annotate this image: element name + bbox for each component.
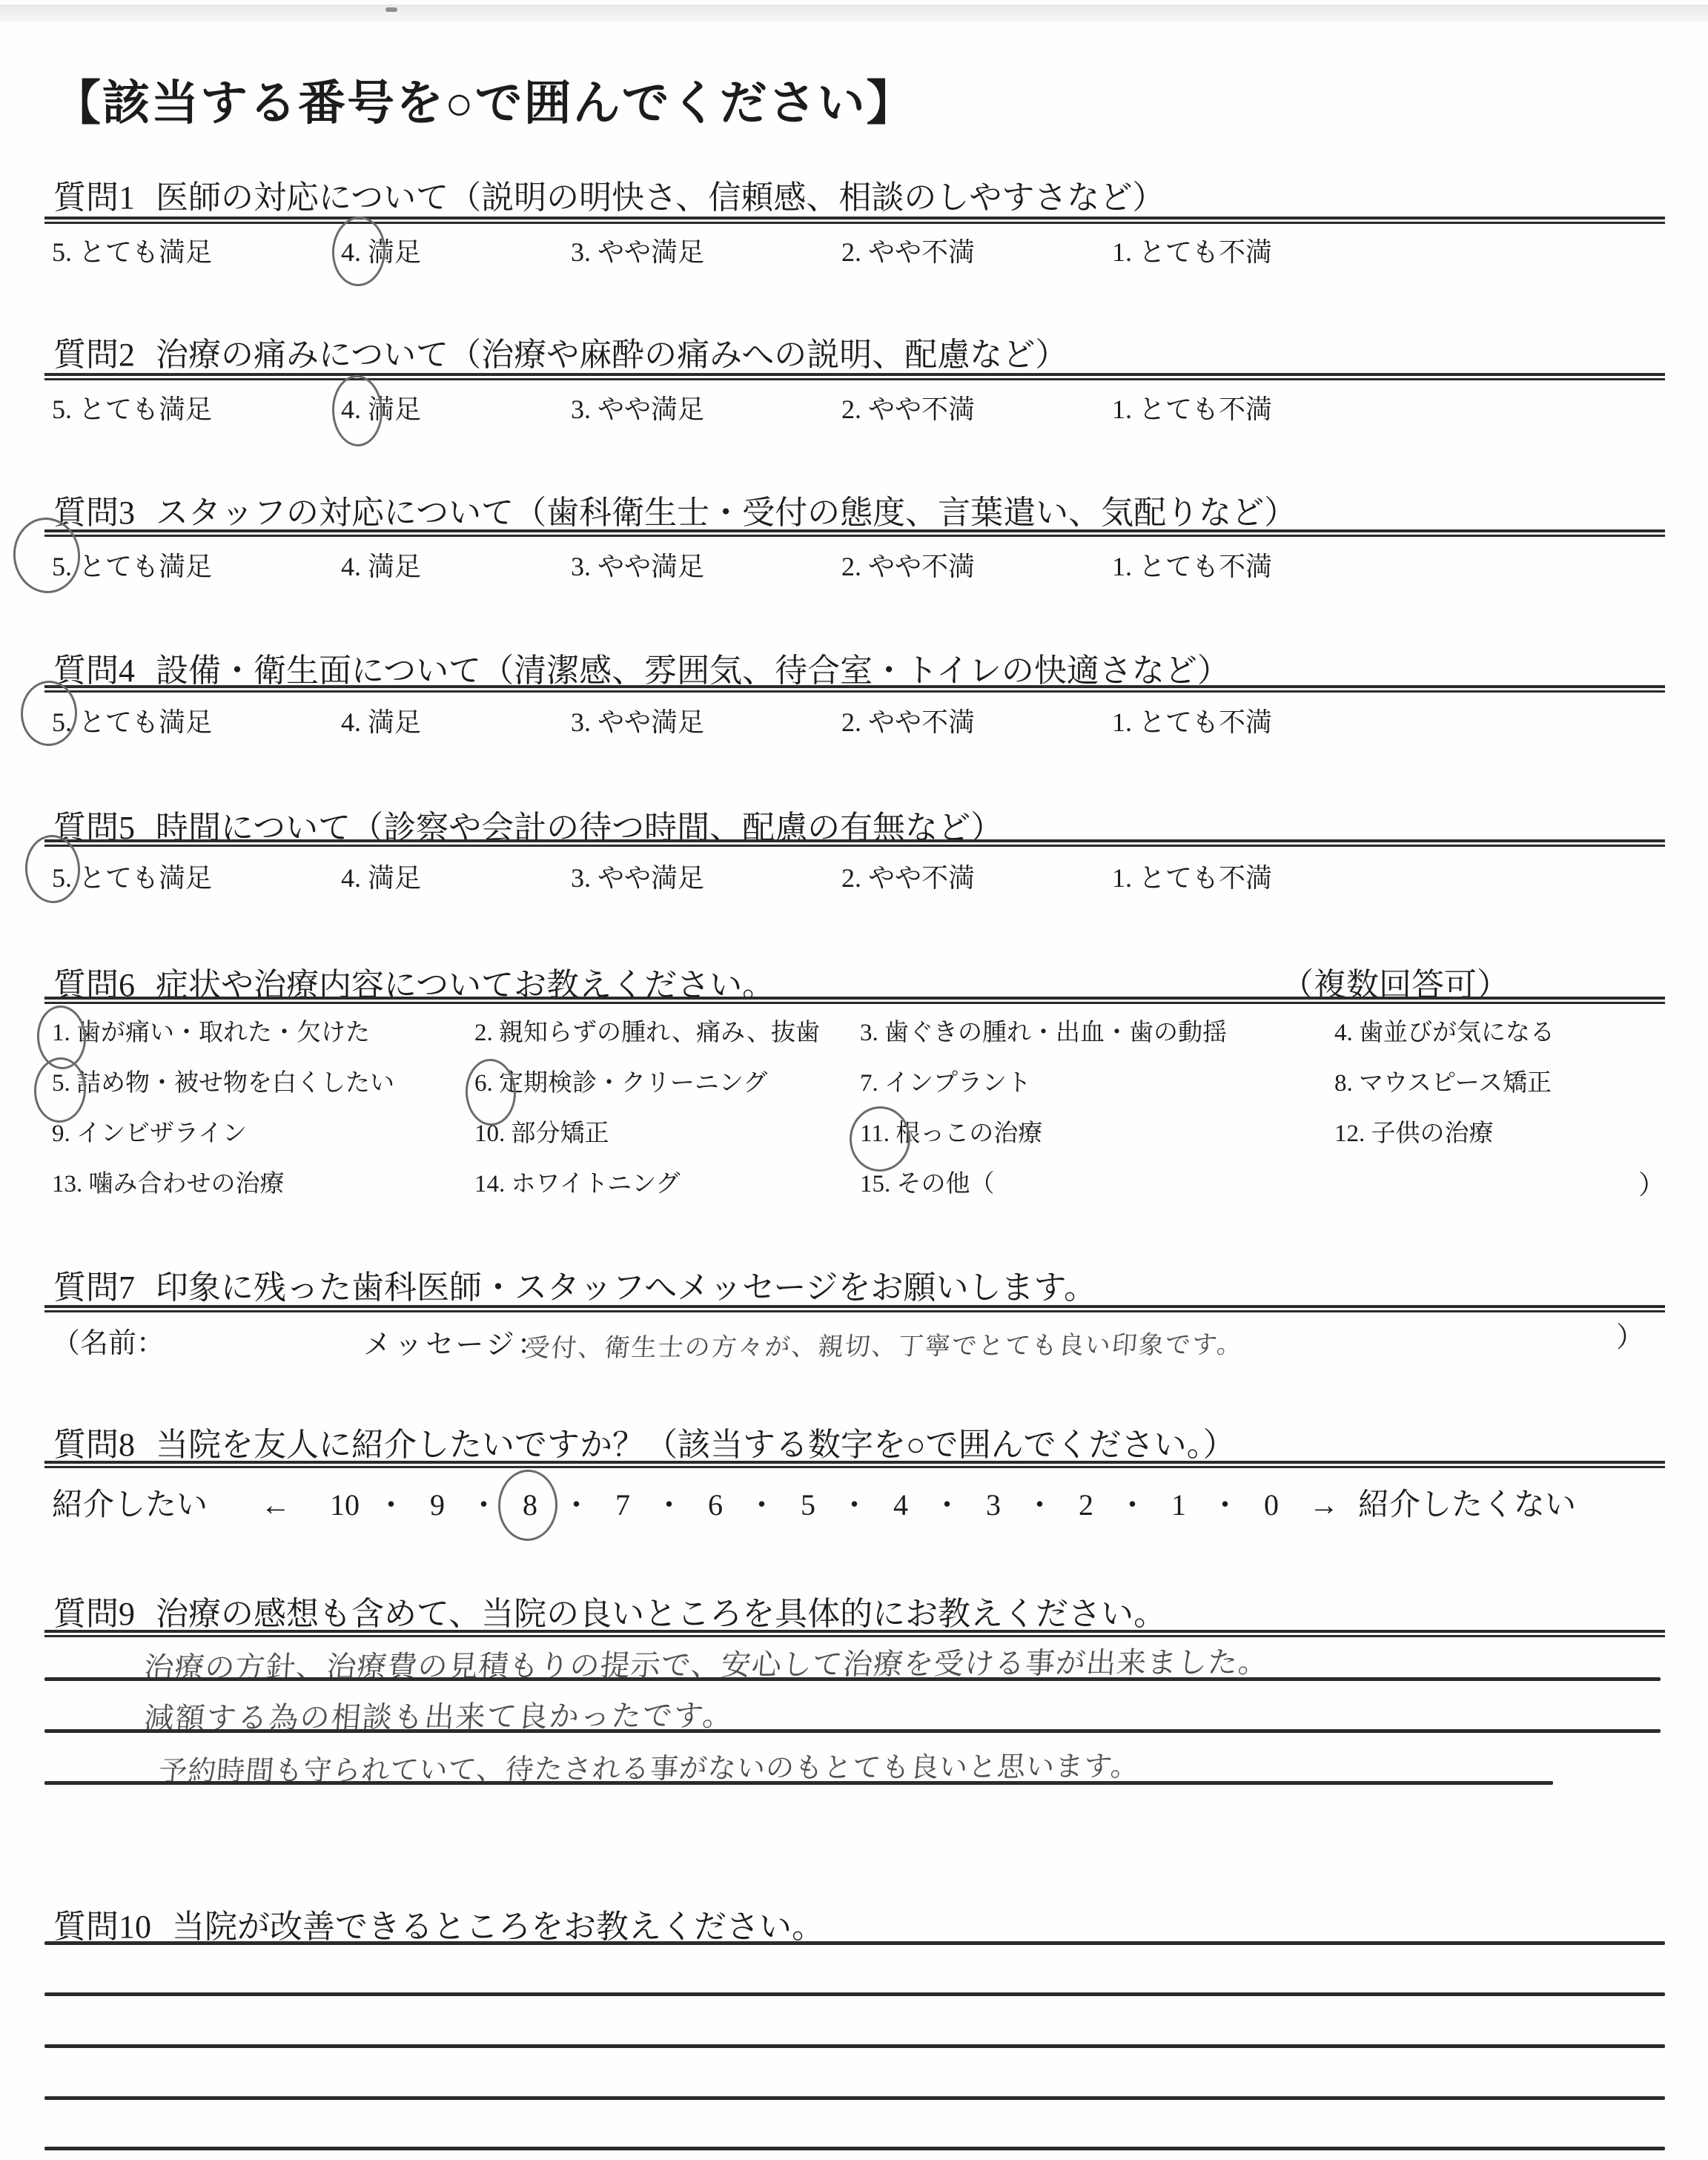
q10-rule-1: [44, 1941, 1665, 1945]
q6-item-7: 7. インプラント: [860, 1063, 1334, 1098]
q4-number: 質問4: [53, 644, 135, 691]
q10-rule-3: [44, 2044, 1665, 2048]
q3-option-3: 3. やや満足: [571, 546, 841, 584]
q7-name-label: （名前：: [52, 1320, 165, 1361]
q5-options-row: 5. とても満足 4. 満足 3. やや満足 2. やや不満 1. とても不満: [52, 857, 1272, 895]
q8-scale-3: 3: [967, 1487, 1019, 1522]
q2-options-row: 5. とても満足 4. 満足 3. やや満足 2. やや不満 1. とても不満: [52, 389, 1272, 426]
q6-item-15: 15. その他（: [860, 1164, 1334, 1202]
survey-page: 【該当する番号を○で囲んでください】 質問1 医師の対応について（説明の明快さ、…: [0, 0, 1708, 2160]
q4-option-3: 3. やや満足: [571, 701, 841, 739]
q6-item-2: 2. 親知らずの腫れ、痛み、抜歯: [474, 1013, 860, 1048]
q9-rule-2: [44, 1729, 1661, 1733]
q10-title: 当院が改善できるところをお教えください。: [172, 1900, 824, 1947]
q9-number: 質問9: [53, 1587, 135, 1634]
q1-option-1: 1. とても不満: [1112, 231, 1272, 269]
q8-scale-10: 10: [319, 1487, 371, 1522]
q8-scale-6: 6: [689, 1487, 741, 1522]
q8-scale-1: 1: [1153, 1487, 1205, 1522]
q1-option-5: 5. とても満足: [52, 231, 341, 269]
q6-item-3: 3. 歯ぐきの腫れ・出血・歯の動揺: [860, 1013, 1334, 1048]
q5-option-3: 3. やや満足: [571, 857, 841, 895]
q5-option-5: 5. とても満足: [52, 857, 341, 895]
q8-number: 質問8: [53, 1418, 135, 1465]
q8-scale-9: 9: [411, 1487, 463, 1522]
q7-title: 印象に残った歯科医師・スタッフへメッセージをお願いします。: [156, 1261, 1096, 1308]
q6-other-close-paren: ）: [1638, 1164, 1665, 1202]
q8-divider: [44, 1461, 1665, 1468]
form-title: 【該当する番号を○で囲んでください】: [53, 65, 916, 133]
q6-item-12: 12. 子供の治療: [1334, 1114, 1494, 1149]
q1-number: 質問1: [53, 171, 135, 218]
q4-title: 設備・衛生面について（清潔感、雰囲気、待合室・トイレの快適さなど）: [156, 644, 1230, 691]
q2-option-3: 3. やや満足: [571, 389, 841, 426]
q7-close-paren: ）: [1616, 1314, 1644, 1355]
q5-option-2: 2. やや不満: [841, 857, 1112, 895]
q8-scale-2: 2: [1060, 1487, 1112, 1522]
q1-answer-circle-4: [331, 215, 388, 288]
q3-heading: 質問3 スタッフの対応について（歯科衛生士・受付の態度、言葉遣い、気配りなど）: [53, 486, 1297, 533]
q6-item-6: 6. 定期検診・クリーニング: [474, 1063, 860, 1098]
q9-heading: 質問9 治療の感想も含めて、当院の良いところを具体的にお教えください。: [53, 1587, 1166, 1634]
q4-option-5: 5. とても満足: [52, 701, 341, 739]
q3-option-2: 2. やや不満: [841, 546, 1112, 584]
q8-dot: ・: [1205, 1482, 1245, 1524]
q1-divider: [44, 217, 1665, 224]
q3-option-5: 5. とても満足: [52, 546, 341, 584]
q2-title: 治療の痛みについて（治療や麻酔の痛みへの説明、配慮など）: [156, 328, 1067, 375]
q6-item-10: 10. 部分矯正: [474, 1114, 860, 1149]
q8-left-label: 紹介したい: [52, 1480, 261, 1525]
q8-title: 当院を友人に紹介したいですか？（該当する数字を○で囲んでください。）: [156, 1418, 1236, 1465]
q7-number: 質問7: [53, 1261, 135, 1308]
q6-row-1: 1. 歯が痛い・取れた・欠けた 2. 親知らずの腫れ、痛み、抜歯 3. 歯ぐきの…: [52, 1013, 1665, 1048]
q9-rule-3: [44, 1781, 1553, 1785]
q6-item-9: 9. インビザライン: [52, 1114, 474, 1149]
q8-dot: ・: [741, 1482, 782, 1524]
q7-message-label: メッセージ：: [363, 1321, 549, 1362]
q2-answer-circle-4: [331, 374, 383, 447]
q8-scale-4: 4: [875, 1487, 927, 1522]
q4-option-4: 4. 満足: [341, 701, 571, 739]
q8-right-arrow: →: [1309, 1487, 1339, 1522]
q4-option-2: 2. やや不満: [841, 701, 1112, 739]
q8-dot: ・: [556, 1482, 597, 1524]
q1-option-2: 2. やや不満: [841, 231, 1112, 269]
q10-rule-5: [44, 2147, 1665, 2150]
q3-option-4: 4. 満足: [341, 546, 571, 584]
q6-item-14: 14. ホワイトニング: [474, 1164, 860, 1202]
q1-heading: 質問1 医師の対応について（説明の明快さ、信頼感、相談のしやすさなど）: [53, 171, 1165, 218]
q8-dot: ・: [1112, 1482, 1153, 1524]
q8-scale-5: 5: [782, 1487, 834, 1522]
q9-title: 治療の感想も含めて、当院の良いところを具体的にお教えください。: [156, 1587, 1166, 1634]
scan-speck: [385, 7, 397, 12]
q1-option-3: 3. やや満足: [571, 231, 841, 269]
q9-rule-1: [44, 1677, 1661, 1681]
q10-heading: 質問10 当院が改善できるところをお教えください。: [53, 1900, 824, 1947]
q4-options-row: 5. とても満足 4. 満足 3. やや満足 2. やや不満 1. とても不満: [52, 701, 1272, 739]
q7-message-handwriting: 受付、衛生士の方々が、親切、丁寧でとても良い印象です。: [523, 1324, 1245, 1364]
q2-option-2: 2. やや不満: [841, 389, 1112, 426]
q6-item-8: 8. マウスピース矯正: [1334, 1063, 1552, 1098]
q4-heading: 質問4 設備・衛生面について（清潔感、雰囲気、待合室・トイレの快適さなど）: [53, 644, 1230, 691]
q2-heading: 質問2 治療の痛みについて（治療や麻酔の痛みへの説明、配慮など）: [53, 328, 1067, 375]
q6-row-2: 5. 詰め物・被せ物を白くしたい 6. 定期検診・クリーニング 7. インプラン…: [52, 1063, 1665, 1098]
q8-left-arrow: ←: [261, 1487, 319, 1522]
q6-item-5: 5. 詰め物・被せ物を白くしたい: [52, 1063, 474, 1098]
q8-scale-0: 0: [1245, 1487, 1297, 1522]
q2-option-1: 1. とても不満: [1112, 389, 1272, 426]
q10-rule-2: [44, 1992, 1665, 1996]
q6-item-13: 13. 噛み合わせの治療: [52, 1164, 474, 1202]
q3-option-1: 1. とても不満: [1112, 546, 1272, 584]
q8-dot: ・: [834, 1482, 875, 1524]
scan-artifact-band: [0, 4, 1708, 22]
q1-title: 医師の対応について（説明の明快さ、信頼感、相談のしやすさなど）: [156, 171, 1165, 218]
q5-option-4: 4. 満足: [341, 857, 571, 895]
q5-divider: [44, 839, 1665, 847]
q6-divider: [44, 997, 1665, 1004]
q6-item-11: 11. 根っこの治療: [860, 1114, 1334, 1149]
q8-right-label: 紹介したくない: [1358, 1480, 1576, 1525]
q7-heading: 質問7 印象に残った歯科医師・スタッフへメッセージをお願いします。: [53, 1261, 1096, 1308]
q4-option-1: 1. とても不満: [1112, 701, 1272, 739]
q3-divider: [44, 529, 1665, 537]
q8-heading: 質問8 当院を友人に紹介したいですか？（該当する数字を○で囲んでください。）: [53, 1418, 1236, 1465]
q2-divider: [44, 373, 1665, 380]
q2-option-5: 5. とても満足: [52, 389, 341, 426]
q10-number: 質問10: [53, 1900, 151, 1947]
q2-number: 質問2: [53, 328, 135, 375]
q5-option-1: 1. とても不満: [1112, 857, 1272, 895]
q1-options-row: 5. とても満足 4. 満足 3. やや満足 2. やや不満 1. とても不満: [52, 231, 1272, 269]
q10-rule-4: [44, 2096, 1665, 2100]
q4-divider: [44, 685, 1665, 693]
q8-scale-7: 7: [597, 1487, 649, 1522]
q7-divider: [44, 1305, 1665, 1312]
q6-item-4: 4. 歯並びが気になる: [1334, 1013, 1555, 1048]
q8-dot: ・: [649, 1482, 689, 1524]
q8-dot: ・: [371, 1482, 411, 1524]
q3-title: スタッフの対応について（歯科衛生士・受付の態度、言葉遣い、気配りなど）: [156, 486, 1297, 533]
q6-row-4: 13. 噛み合わせの治療 14. ホワイトニング 15. その他（ ）: [52, 1164, 1665, 1202]
q8-scale-row: 紹介したい ← 10 ・ 9 ・ 8 ・ 7 ・ 6 ・ 5 ・ 4 ・ 3 ・…: [52, 1480, 1576, 1525]
q9-divider: [44, 1630, 1665, 1637]
q8-dot: ・: [1019, 1482, 1060, 1524]
q6-item-1: 1. 歯が痛い・取れた・欠けた: [52, 1013, 474, 1048]
q8-dot: ・: [927, 1482, 967, 1524]
q3-options-row: 5. とても満足 4. 満足 3. やや満足 2. やや不満 1. とても不満: [52, 546, 1272, 584]
